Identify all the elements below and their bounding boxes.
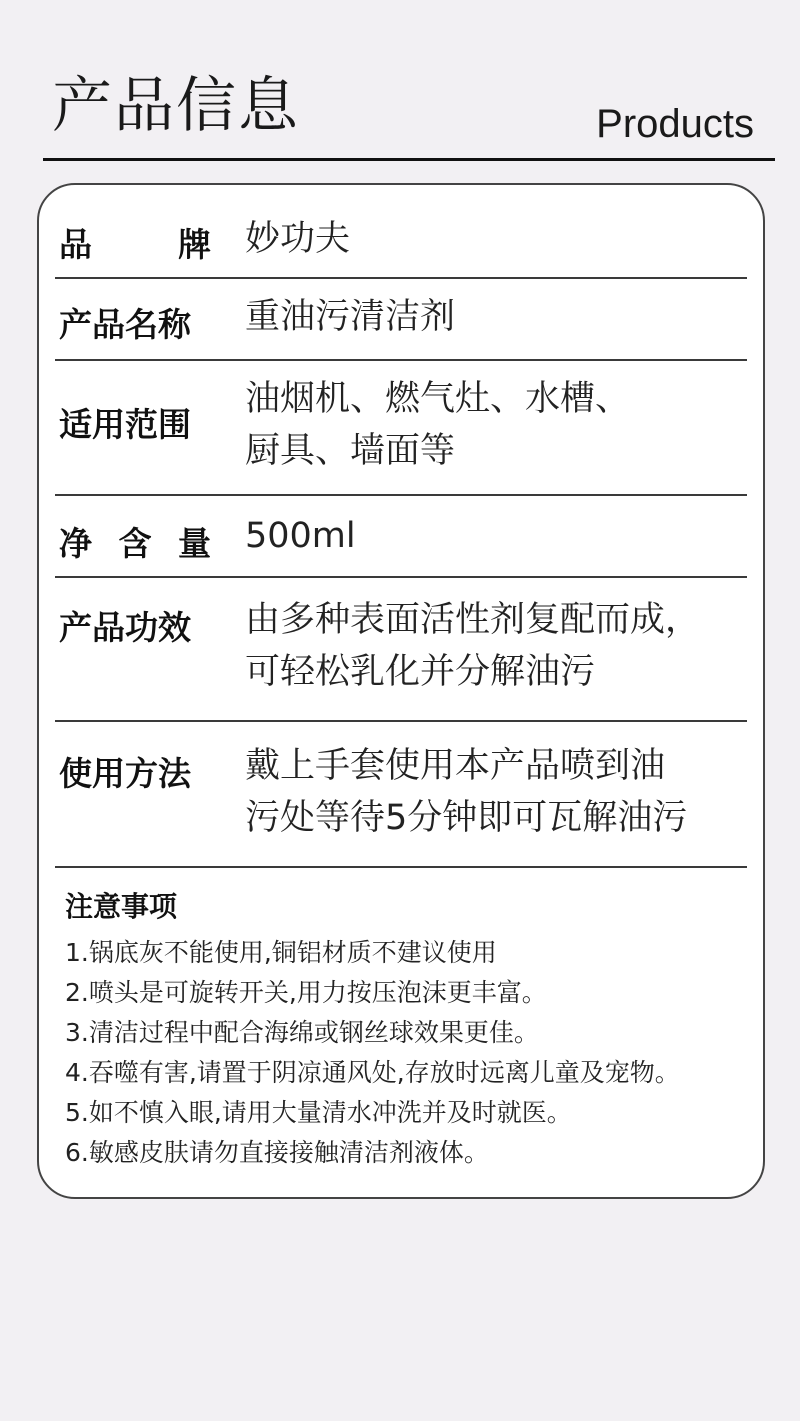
precaution-item: 2.喷头是可旋转开关,用力按压泡沫更丰富。 [65, 973, 680, 1013]
row-value: 由多种表面活性剂复配而成， 可轻松乳化并分解油污 [245, 594, 700, 698]
row-label: 适用范围 [59, 399, 191, 446]
row-label: 品 牌 [59, 219, 211, 266]
row-label: 产品功效 [59, 602, 191, 649]
row-product-name: 产品名称 重油污清洁剂 [55, 279, 747, 361]
title-divider [43, 158, 775, 161]
precaution-item: 5.如不慎入眼,请用大量清水冲洗并及时就医。 [65, 1093, 680, 1133]
row-label: 净 含 量 [59, 518, 211, 565]
page-subtitle: Products [596, 104, 754, 144]
row-label: 产品名称 [59, 299, 191, 346]
precaution-item: 3.清洁过程中配合海绵或钢丝球效果更佳。 [65, 1013, 680, 1053]
precaution-item: 1.锅底灰不能使用,铜铝材质不建议使用 [65, 933, 680, 973]
row-label: 使用方法 [59, 748, 191, 795]
page-title: 产品信息 [52, 76, 300, 136]
row-value: 重油污清洁剂 [245, 291, 455, 343]
precaution-item: 4.吞噬有害,请置于阴凉通风处,存放时远离儿童及宠物。 [65, 1053, 680, 1093]
precautions-section: 注意事项 1.锅底灰不能使用,铜铝材质不建议使用 2.喷头是可旋转开关,用力按压… [65, 885, 680, 1173]
row-usage: 使用方法 戴上手套使用本产品喷到油 污处等待5分钟即可瓦解油污 [55, 722, 747, 868]
product-info-card: 品 牌 妙功夫 产品名称 重油污清洁剂 适用范围 油烟机、燃气灶、水槽、 厨具、… [37, 183, 765, 1199]
row-value: 妙功夫 [245, 213, 350, 265]
precaution-item: 6.敏感皮肤请勿直接接触清洁剂液体。 [65, 1133, 680, 1173]
row-value: 500ml [245, 510, 356, 562]
row-value: 戴上手套使用本产品喷到油 污处等待5分钟即可瓦解油污 [245, 740, 687, 844]
row-efficacy: 产品功效 由多种表面活性剂复配而成， 可轻松乳化并分解油污 [55, 578, 747, 722]
precautions-title: 注意事项 [65, 885, 680, 925]
row-scope: 适用范围 油烟机、燃气灶、水槽、 厨具、墙面等 [55, 361, 747, 496]
row-net-content: 净 含 量 500ml [55, 496, 747, 578]
row-brand: 品 牌 妙功夫 [55, 185, 747, 279]
row-value: 油烟机、燃气灶、水槽、 厨具、墙面等 [245, 373, 630, 477]
